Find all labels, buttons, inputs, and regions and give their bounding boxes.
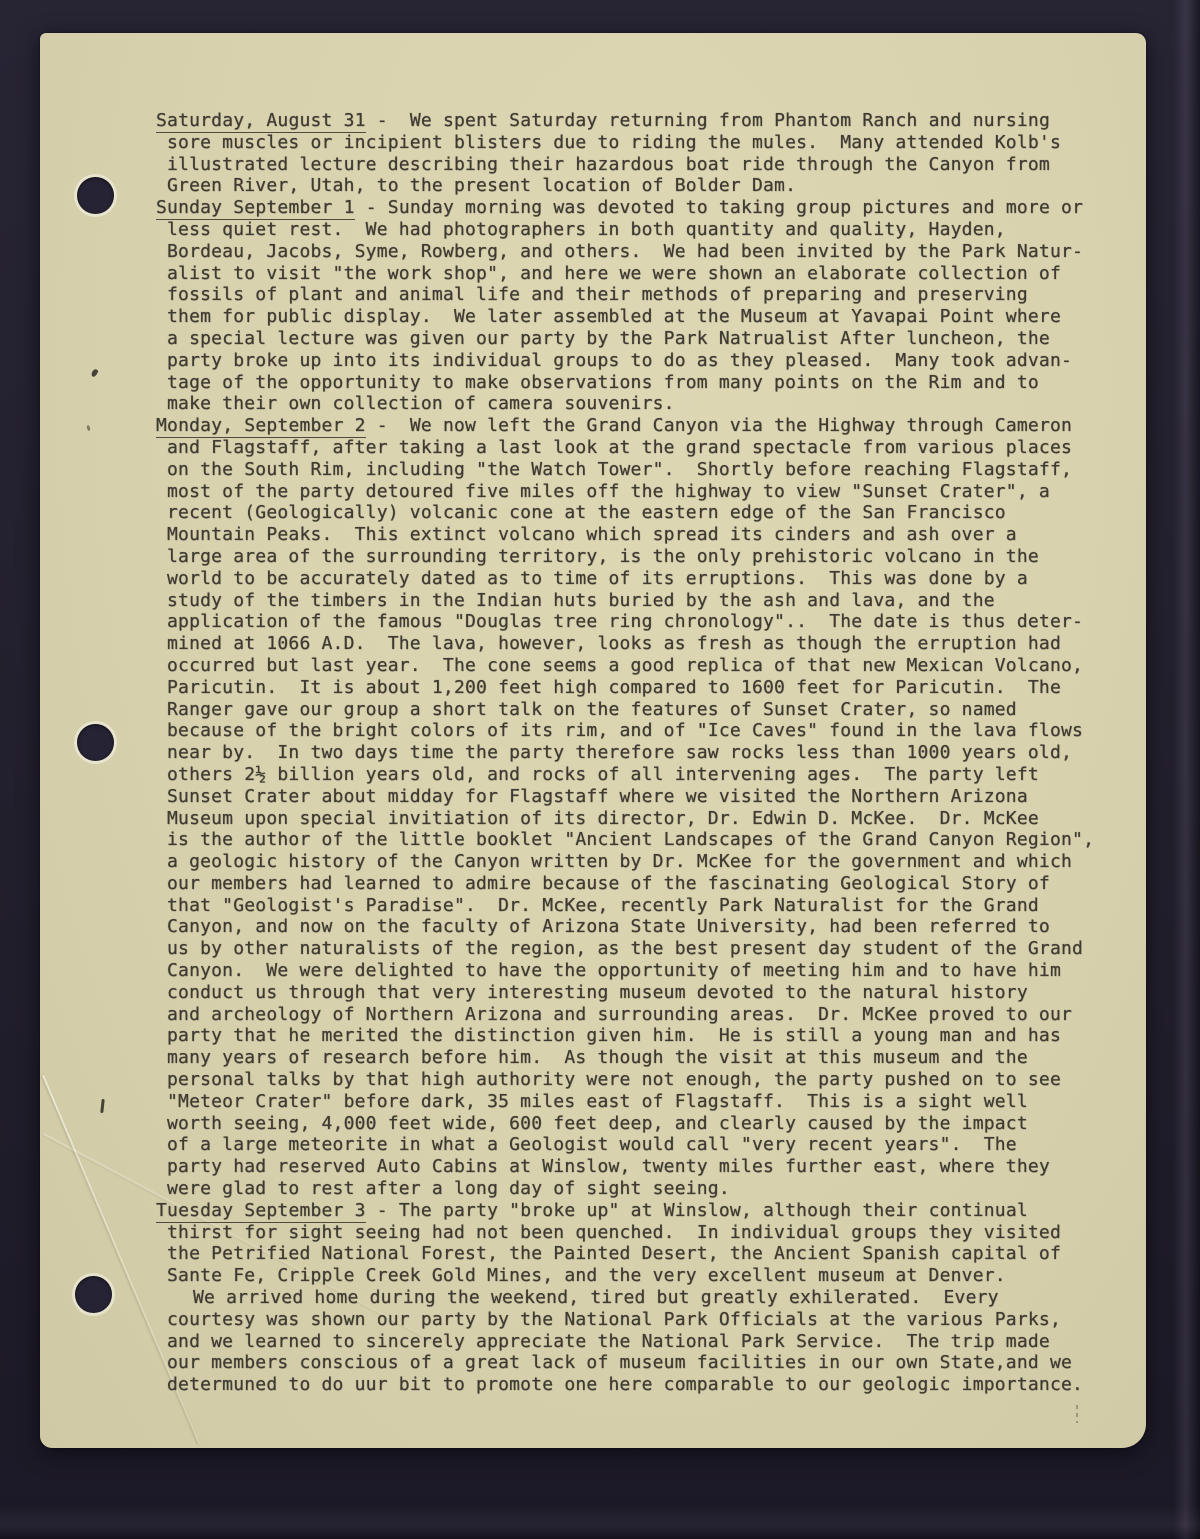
text-line: Mountain Peaks. This extinct volcano whi… — [156, 524, 1116, 546]
text-line: tage of the opportunity to make observat… — [156, 372, 1116, 394]
text-line: party broke up into its individual group… — [156, 350, 1116, 372]
text-line: large area of the surrounding territory,… — [156, 546, 1116, 568]
punch-hole-bottom — [75, 1276, 112, 1313]
text-line: alist to visit "the work shop", and here… — [156, 263, 1116, 285]
text-line: sore muscles or incipient blisters due t… — [156, 132, 1116, 154]
text-line: Saturday, August 31 - We spent Saturday … — [156, 110, 1116, 132]
text-line: study of the timbers in the Indian huts … — [156, 590, 1116, 612]
scan-background: Saturday, August 31 - We spent Saturday … — [0, 0, 1200, 1539]
binder-spine-edge — [1174, 0, 1200, 1539]
text-line: party had reserved Auto Cabins at Winslo… — [156, 1156, 1116, 1178]
text-line: Sunset Crater about midday for Flagstaff… — [156, 786, 1116, 808]
text-line: a special lecture was given our party by… — [156, 328, 1116, 350]
punch-hole-middle — [77, 724, 114, 761]
text-line: and Flagstaff, after taking a last look … — [156, 437, 1116, 459]
text-line: less quiet rest. We had photographers in… — [156, 219, 1116, 241]
text-line: thirst for sight seeing had not been que… — [156, 1222, 1116, 1244]
text-line: Tuesday September 3 - The party "broke u… — [156, 1200, 1116, 1222]
text-line: worth seeing, 4,000 feet wide, 600 feet … — [156, 1113, 1116, 1135]
text-line: and archeology of Northern Arizona and s… — [156, 1004, 1116, 1026]
text-line: the Petrified National Forest, the Paint… — [156, 1243, 1116, 1265]
text-line: of a large meteorite in what a Geologist… — [156, 1134, 1116, 1156]
document-page: Saturday, August 31 - We spent Saturday … — [40, 33, 1146, 1448]
text-line: is the author of the little booklet "Anc… — [156, 829, 1116, 851]
text-line: us by other naturalists of the region, a… — [156, 938, 1116, 960]
ink-speck — [86, 425, 90, 432]
text-line: many years of research before him. As th… — [156, 1047, 1116, 1069]
text-line: conduct us through that very interesting… — [156, 982, 1116, 1004]
text-line: world to be accurately dated as to time … — [156, 568, 1116, 590]
date-heading: Sunday September 1 — [156, 197, 355, 220]
text-line: occurred but last year. The cone seems a… — [156, 655, 1116, 677]
text-line: others 2½ billion years old, and rocks o… — [156, 764, 1116, 786]
text-line: Sante Fe, Cripple Creek Gold Mines, and … — [156, 1265, 1116, 1287]
text-line: Ranger gave our group a short talk on th… — [156, 699, 1116, 721]
text-line: Sunday September 1 - Sunday morning was … — [156, 197, 1116, 219]
date-heading: Saturday, August 31 — [156, 110, 366, 133]
text-line: "Meteor Crater" before dark, 35 miles ea… — [156, 1091, 1116, 1113]
text-line: illustrated lecture describing their haz… — [156, 154, 1116, 176]
text-line: that "Geologist's Paradise". Dr. McKee, … — [156, 895, 1116, 917]
text-line: Canyon, and now on the faculty of Arizon… — [156, 916, 1116, 938]
text-line: courtesy was shown our party by the Nati… — [156, 1309, 1116, 1331]
date-heading: Tuesday September 3 — [156, 1200, 366, 1223]
text-line: determuned to do uur bit to promote one … — [156, 1374, 1116, 1396]
text-line: recent (Geologically) volcanic cone at t… — [156, 502, 1116, 524]
text-line: on the South Rim, including "the Watch T… — [156, 459, 1116, 481]
text-line: Green River, Utah, to the present locati… — [156, 175, 1116, 197]
text-line: Monday, September 2 - We now left the Gr… — [156, 415, 1116, 437]
background-bottom-edge — [0, 1505, 1200, 1539]
text-line: and we learned to sincerely appreciate t… — [156, 1331, 1116, 1353]
text-line: near by. In two days time the party ther… — [156, 742, 1116, 764]
text-line: them for public display. We later assemb… — [156, 306, 1116, 328]
text-line: were glad to rest after a long day of si… — [156, 1178, 1116, 1200]
text-line: personal talks by that high authority we… — [156, 1069, 1116, 1091]
ink-speck — [90, 368, 98, 377]
text-line: a geologic history of the Canyon written… — [156, 851, 1116, 873]
text-line: fossils of plant and animal life and the… — [156, 284, 1116, 306]
text-line: application of the famous "Douglas tree … — [156, 611, 1116, 633]
text-line: Museum upon special invitiation of its d… — [156, 808, 1116, 830]
ink-speck — [1076, 1405, 1078, 1423]
text-line: We arrived home during the weekend, tire… — [156, 1287, 1116, 1309]
ink-speck — [100, 1099, 104, 1113]
text-line: Paricutin. It is about 1,200 feet high c… — [156, 677, 1116, 699]
text-line: because of the bright colors of its rim,… — [156, 720, 1116, 742]
typewritten-text: Saturday, August 31 - We spent Saturday … — [156, 110, 1116, 1396]
text-line: our members had learned to admire becaus… — [156, 873, 1116, 895]
text-line: make their own collection of camera souv… — [156, 393, 1116, 415]
text-line: Bordeau, Jacobs, Syme, Rowberg, and othe… — [156, 241, 1116, 263]
date-heading: Monday, September 2 — [156, 415, 366, 438]
text-line: Canyon. We were delighted to have the op… — [156, 960, 1116, 982]
text-line: mined at 1066 A.D. The lava, however, lo… — [156, 633, 1116, 655]
punch-hole-top — [77, 177, 114, 214]
text-line: most of the party detoured five miles of… — [156, 481, 1116, 503]
text-line: our members conscious of a great lack of… — [156, 1352, 1116, 1374]
text-line: party that he merited the distinction gi… — [156, 1025, 1116, 1047]
